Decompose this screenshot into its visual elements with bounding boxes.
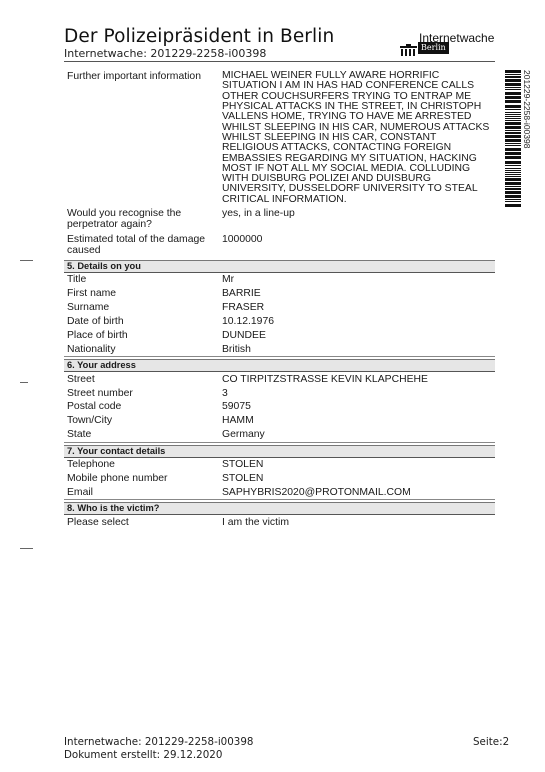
barcode-label: 201229-2258-i00398 [520,70,532,160]
field-label: Would you recognise the perpetrator agai… [67,208,222,231]
field-row: TelephoneSTOLEN [64,458,495,472]
field-row: Street number3 [64,386,495,400]
field-row: Date of birth10.12.1976 [64,315,495,329]
section-header-contact: 7. Your contact details [64,445,495,458]
section-header-victim: 8. Who is the victim? [64,502,495,515]
fold-mark [20,260,33,261]
section-details: TitleMr First nameBARRIE SurnameFRASER D… [64,273,495,357]
field-value: 59075 [222,401,495,413]
field-value: yes, in a line-up [222,208,495,231]
punch-mark [20,382,28,383]
field-label: Nationality [67,344,222,356]
field-row: EmailSAPHYBRIS2020@PROTONMAIL.COM [64,486,495,500]
header-divider [64,61,495,62]
section-header-address: 6. Your address [64,359,495,372]
section-victim: Please selectI am the victim [64,515,495,529]
field-row: Please selectI am the victim [64,515,495,529]
logo-badge: Berlin [418,42,449,54]
field-label: Town/City [67,415,222,427]
field-label: Date of birth [67,316,222,328]
field-value: BARRIE [222,288,495,300]
field-value: HAMM [222,415,495,427]
field-label: First name [67,288,222,300]
field-value: 10.12.1976 [222,316,495,328]
field-value: MICHAEL WEINER FULLY AWARE HORRIFIC SITU… [222,71,495,205]
field-label: State [67,429,222,441]
field-row: Mobile phone numberSTOLEN [64,472,495,486]
field-row: StreetCO TIRPITZSTRASSE KEVIN KLAPCHEHE [64,372,495,386]
section-header-details: 5. Details on you [64,260,495,273]
field-label: Street [67,374,222,386]
field-label: Postal code [67,401,222,413]
field-row: Further important information MICHAEL WE… [64,70,495,206]
field-label: Place of birth [67,330,222,342]
field-value: STOLEN [222,459,495,471]
report-content: Further important information MICHAEL WE… [64,70,495,529]
field-value: SAPHYBRIS2020@PROTONMAIL.COM [222,487,495,499]
document-page: Der Polizeipräsident in Berlin Internetw… [0,0,545,772]
field-value: Germany [222,429,495,441]
field-value: I am the victim [222,517,495,529]
page-number: Seite:2 [473,736,509,749]
field-row: Place of birthDUNDEE [64,329,495,343]
barcode-text: 201229-2258-i00398 [522,70,532,148]
section-contact: TelephoneSTOLEN Mobile phone numberSTOLE… [64,458,495,501]
field-value: 3 [222,388,495,400]
field-row: First nameBARRIE [64,287,495,301]
fold-mark [20,548,33,549]
field-label: Email [67,487,222,499]
field-label: Mobile phone number [67,473,222,485]
field-row: Estimated total of the damage caused 100… [64,232,495,258]
field-value: 1000000 [222,234,495,257]
page-title: Der Polizeipräsident in Berlin [64,26,334,47]
field-label: Title [67,274,222,286]
field-row: StateGermany [64,428,495,442]
field-value: Mr [222,274,495,286]
footer-reference: Internetwache: 201229-2258-i00398 [64,736,253,749]
field-row: SurnameFRASER [64,301,495,315]
section-address: StreetCO TIRPITZSTRASSE KEVIN KLAPCHEHE … [64,372,495,442]
footer-created-date: Dokument erstellt: 29.12.2020 [64,749,253,762]
field-label: Surname [67,302,222,314]
field-row: Town/CityHAMM [64,414,495,428]
field-row: Postal code59075 [64,400,495,414]
field-label: Street number [67,388,222,400]
field-label: Estimated total of the damage caused [67,234,222,257]
field-value: CO TIRPITZSTRASSE KEVIN KLAPCHEHE [222,374,495,386]
field-row: Would you recognise the perpetrator agai… [64,206,495,232]
footer-info: Internetwache: 201229-2258-i00398 Dokume… [64,736,253,762]
field-value: DUNDEE [222,330,495,342]
barcode [505,70,521,208]
field-label: Please select [67,517,222,529]
field-label: Further important information [67,71,222,205]
field-value: British [222,344,495,356]
field-label: Telephone [67,459,222,471]
field-row: TitleMr [64,273,495,287]
field-value: STOLEN [222,473,495,485]
brandenburg-gate-icon [400,44,417,56]
field-row: NationalityBritish [64,343,495,357]
reference-number: Internetwache: 201229-2258-i00398 [64,47,266,60]
field-value: FRASER [222,302,495,314]
